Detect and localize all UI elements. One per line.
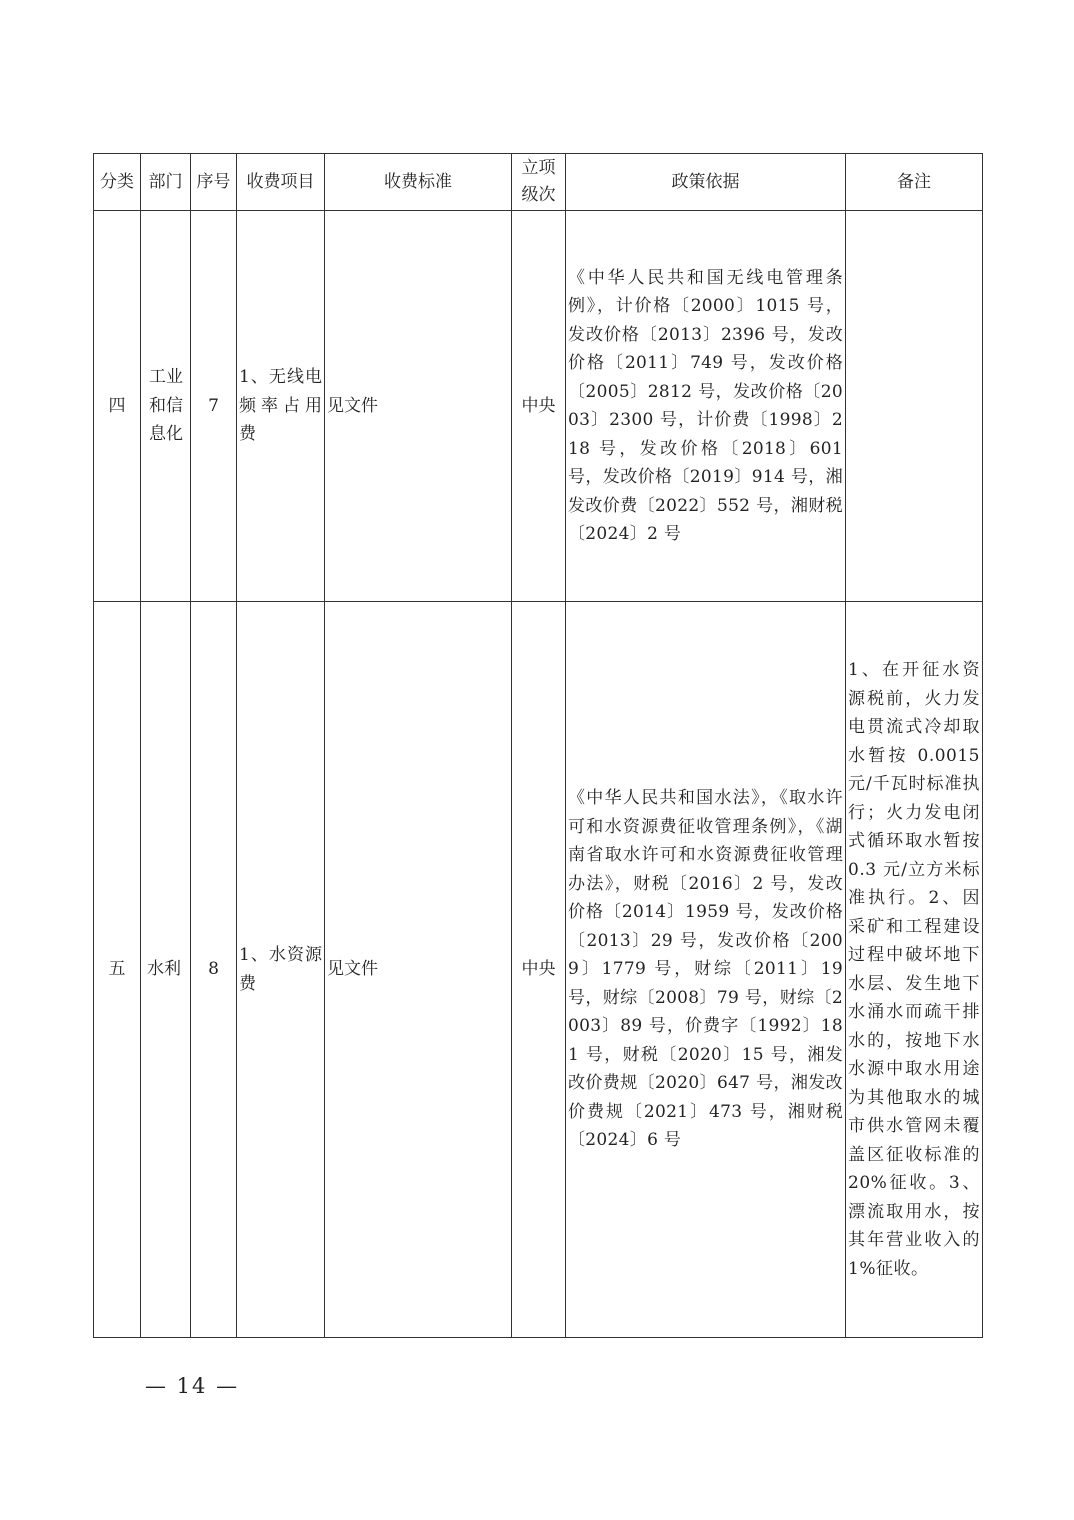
header-fee-item: 收费项目: [237, 154, 325, 211]
cell-department: 水利: [141, 602, 191, 1338]
cell-level: 中央: [512, 211, 566, 602]
cell-policy-basis: 《中华人民共和国水法》，《取水许可和水资源费征收管理条例》，《湖南省取水许可和水…: [566, 602, 846, 1338]
cell-fee-item: 1、水资源费: [237, 602, 325, 1338]
page-number: — 14 —: [145, 1374, 239, 1398]
header-department: 部门: [141, 154, 191, 211]
cell-level: 中央: [512, 602, 566, 1338]
header-level-line2: 级次: [514, 182, 563, 209]
header-category: 分类: [94, 154, 141, 211]
header-policy-basis: 政策依据: [566, 154, 846, 211]
cell-number: 7: [191, 211, 237, 602]
cell-notes: 1、在开征水资源税前，火力发电贯流式冷却取水暂按 0.0015 元/千瓦时标准执…: [846, 602, 983, 1338]
header-level-line1: 立项: [514, 155, 563, 182]
fee-schedule-table: 分类 部门 序号 收费项目 收费标准 立项 级次 政策依据 备注 四 工业和信息…: [93, 153, 983, 1338]
cell-department: 工业和信息化: [141, 211, 191, 602]
document-page: 分类 部门 序号 收费项目 收费标准 立项 级次 政策依据 备注 四 工业和信息…: [0, 0, 1074, 1520]
cell-fee-standard: 见文件: [325, 211, 512, 602]
cell-category: 五: [94, 602, 141, 1338]
header-level: 立项 级次: [512, 154, 566, 211]
cell-fee-item: 1、无线电频率占用费: [237, 211, 325, 602]
header-number: 序号: [191, 154, 237, 211]
cell-number: 8: [191, 602, 237, 1338]
cell-notes: [846, 211, 983, 602]
table-header-row: 分类 部门 序号 收费项目 收费标准 立项 级次 政策依据 备注: [94, 154, 983, 211]
cell-policy-basis: 《中华人民共和国无线电管理条例》，计价格〔2000〕1015 号，发改价格〔20…: [566, 211, 846, 602]
cell-category: 四: [94, 211, 141, 602]
table-row: 四 工业和信息化 7 1、无线电频率占用费 见文件 中央 《中华人民共和国无线电…: [94, 211, 983, 602]
header-fee-standard: 收费标准: [325, 154, 512, 211]
table-row: 五 水利 8 1、水资源费 见文件 中央 《中华人民共和国水法》，《取水许可和水…: [94, 602, 983, 1338]
cell-fee-standard: 见文件: [325, 602, 512, 1338]
header-notes: 备注: [846, 154, 983, 211]
